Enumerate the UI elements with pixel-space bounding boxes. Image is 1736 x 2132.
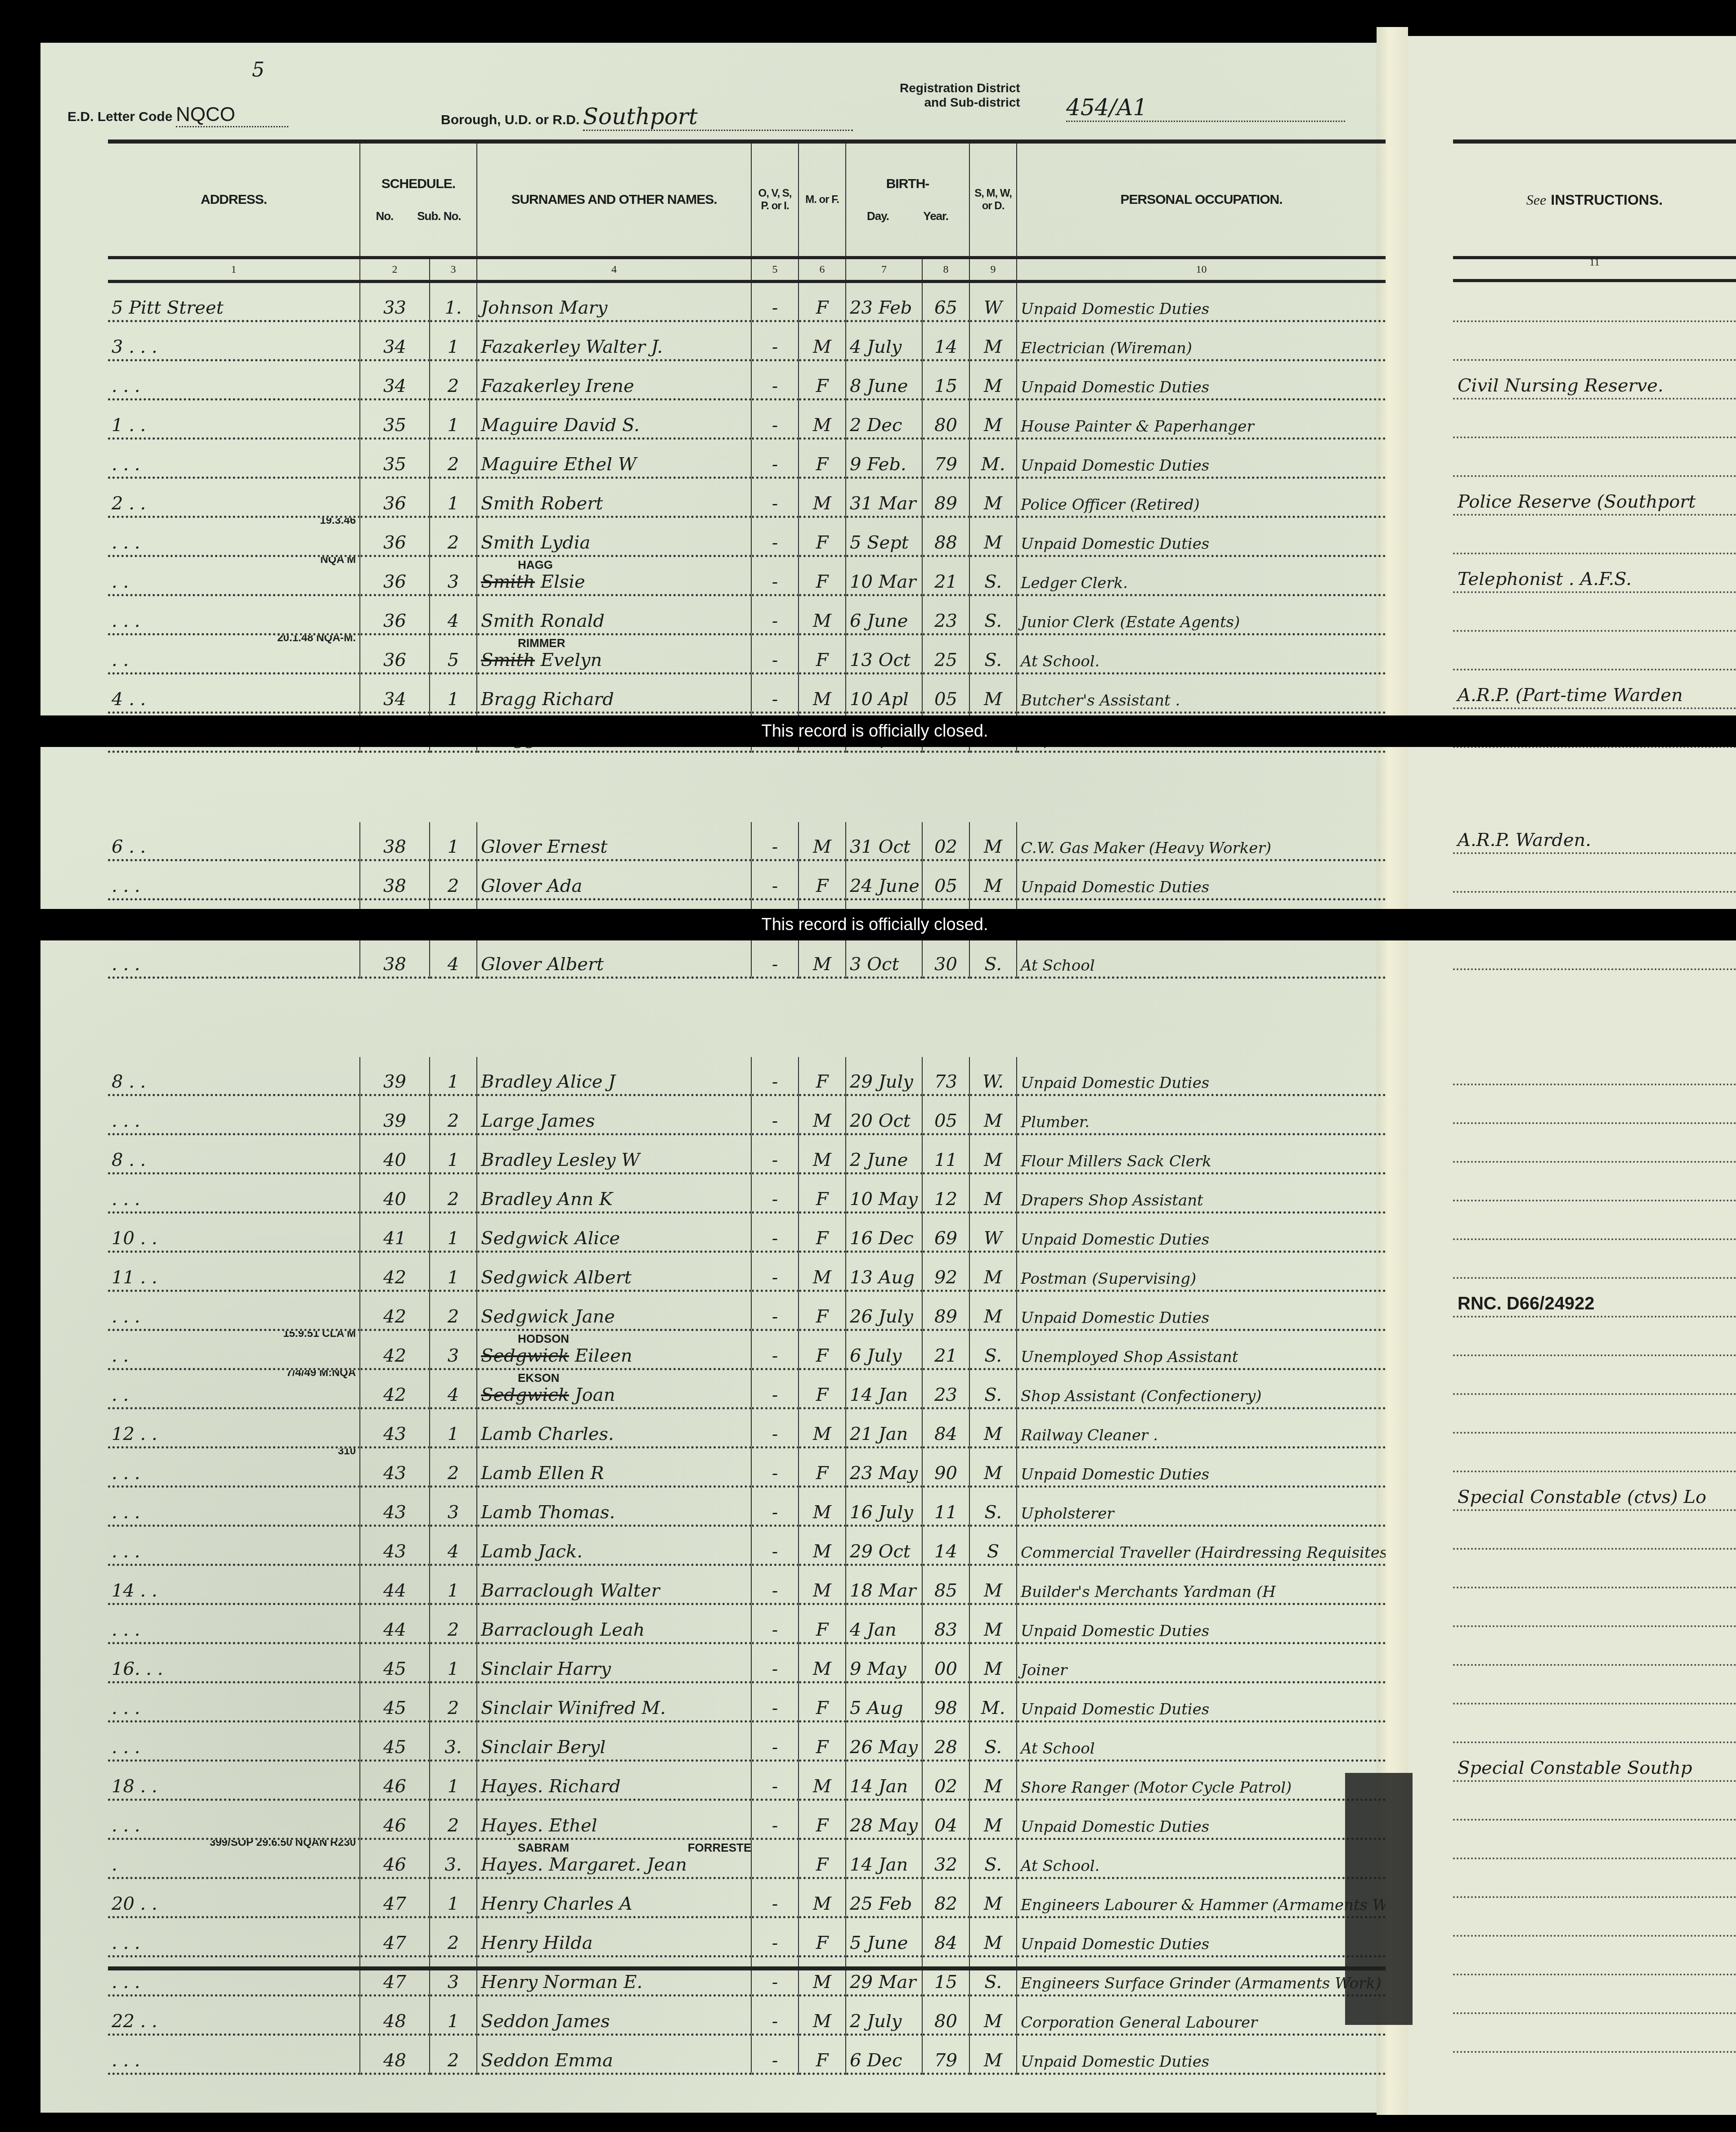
schedule-sub-text: 1: [448, 1894, 459, 1914]
address-annotation: 19.3.46: [320, 517, 356, 526]
cell-birth-day: 13 Oct: [846, 634, 922, 674]
cell-occupation: Shore Ranger (Motor Cycle Patrol): [1017, 1761, 1386, 1800]
ovspi-text: -: [772, 1071, 778, 1092]
ovspi-text: -: [772, 954, 778, 975]
cell-condition: W.: [969, 1057, 1017, 1095]
cell-birth-day: 5 June: [846, 1917, 922, 1957]
cell-ovspi: -: [751, 1682, 798, 1722]
table-row: . . .442Barraclough Leah-F4 Jan83MUnpaid…: [108, 1604, 1386, 1643]
cell-birth-day: 29 Oct: [846, 1526, 922, 1565]
cell-birth-year: 02: [922, 822, 969, 860]
birth-day-text: 6 June: [850, 611, 908, 631]
cell-ovspi: -: [751, 439, 798, 478]
ovspi-text: -: [772, 1150, 778, 1170]
cell-schedule-sub: 3: [430, 556, 477, 595]
col-header-schedule: SCHEDULE. No. Sub. No.: [360, 142, 477, 258]
cell-birth-day: 9 Feb.: [846, 439, 922, 478]
cell-ovspi: -: [751, 1878, 798, 1917]
birth-year-text: 84: [934, 1424, 957, 1444]
birth-day-text: 23 May: [850, 1463, 918, 1484]
schedule-no-text: 39: [383, 1071, 406, 1092]
birth-day-text: 28 May: [850, 1815, 918, 1836]
cell-schedule-no: 47: [360, 1917, 430, 1957]
condition-text: S.: [984, 1345, 1002, 1366]
table-row: 12 . .431Lamb Charles.-M21 Jan84MRailway…: [108, 1408, 1386, 1448]
cell-birth-year: 11: [922, 1487, 969, 1526]
cell-address: . . .: [108, 860, 360, 900]
ovspi-text: -: [772, 837, 778, 857]
occupation-text: Shop Assistant (Confectionery): [1021, 1387, 1261, 1405]
cell-ovspi: -: [751, 634, 798, 674]
surname-amendment: RIMMER: [518, 636, 565, 650]
cell-birth-day: 2 June: [846, 1134, 922, 1174]
table-row: . . .364Smith Ronald-M6 June23S.Junior C…: [108, 595, 1386, 634]
cell-sex: F: [798, 1604, 846, 1643]
instructions-line: [1453, 1434, 1736, 1472]
instructions-line: [1453, 1937, 1736, 1975]
instructions-note: Police Reserve (Southport: [1458, 491, 1696, 512]
instructions-line: [1453, 1124, 1736, 1163]
birth-year-text: 05: [934, 1111, 957, 1131]
schedule-sub-text: 1: [448, 1150, 459, 1170]
cell-schedule-sub: 2: [430, 1800, 477, 1839]
schedule-no-text: 44: [383, 1619, 406, 1640]
instructions-heading: INSTRUCTIONS.: [1551, 192, 1663, 208]
cell-occupation: Unpaid Domestic Duties: [1017, 1448, 1386, 1487]
table-row: 5 Pitt Street331.Johnson Mary-F23 Feb65W…: [108, 282, 1386, 321]
name-text: Bradley Ann K: [481, 1189, 613, 1210]
cell-ovspi: -: [751, 321, 798, 360]
cell-address: . . .: [108, 1487, 360, 1526]
cell-occupation: Drapers Shop Assistant: [1017, 1174, 1386, 1213]
instructions-line: Special Constable Southp: [1453, 1743, 1736, 1782]
cell-birth-year: 88: [922, 517, 969, 556]
cell-name: Lamb Thomas.: [477, 1487, 751, 1526]
sex-text: F: [816, 2050, 829, 2071]
cell-schedule-sub: 1: [430, 1057, 477, 1095]
name-text: Hayes. Ethel: [481, 1815, 597, 1836]
cell-schedule-no: 47: [360, 1878, 430, 1917]
occupation-text: Unpaid Domestic Duties: [1021, 2053, 1209, 2071]
instructions-line: Special Constable (ctvs) Lo: [1453, 1472, 1736, 1511]
forename-text: Joan: [569, 1385, 615, 1405]
cell-birth-day: 14 Jan: [846, 1761, 922, 1800]
cell-ovspi: -: [751, 1369, 798, 1408]
cell-ovspi: -: [751, 1252, 798, 1291]
col-number-11: 11: [1453, 256, 1736, 282]
condition-text: W.: [982, 1071, 1004, 1092]
schedule-sub-text: 1: [448, 1776, 459, 1797]
cell-birth-year: 05: [922, 1095, 969, 1134]
address-text: 4 . .: [112, 689, 146, 710]
cell-address: . . .: [108, 1957, 360, 1996]
schedule-no-text: 39: [383, 1111, 406, 1131]
ovspi-text: -: [772, 2050, 778, 2071]
col-header-sex: M. or F.: [798, 142, 846, 258]
cell-birth-day: 18 Mar: [846, 1565, 922, 1604]
address-text: . . .: [112, 1737, 140, 1758]
name-text: Bradley Alice J: [481, 1071, 615, 1092]
name-text: Sedgwick Jane: [481, 1306, 615, 1327]
cell-birth-year: 12: [922, 1174, 969, 1213]
cell-name: Large James: [477, 1095, 751, 1134]
cell-occupation: Engineers Surface Grinder (Armaments Wor…: [1017, 1957, 1386, 1996]
ed-letter-code-value: NQCO: [176, 103, 288, 127]
condition-text: W: [984, 297, 1002, 318]
sex-text: F: [816, 1698, 829, 1718]
condition-text: S.: [984, 1385, 1002, 1405]
cell-birth-day: 4 July: [846, 321, 922, 360]
cell-schedule-sub: 2: [430, 360, 477, 400]
table-row: . . .382Glover Ada-F24 June05MUnpaid Dom…: [108, 860, 1386, 900]
cell-schedule-sub: 2: [430, 860, 477, 900]
birth-day-text: 2 July: [850, 2011, 902, 2032]
address-text: . . .: [112, 532, 140, 553]
cell-birth-day: 31 Mar: [846, 478, 922, 517]
cell-ovspi: -: [751, 556, 798, 595]
cell-birth-year: 23: [922, 595, 969, 634]
ovspi-text: -: [772, 1189, 778, 1210]
birth-day-text: 16 Dec: [850, 1228, 914, 1249]
cell-occupation: Unemployed Shop Assistant: [1017, 1330, 1386, 1369]
condition-text: S.: [984, 1737, 1002, 1758]
name-text: Sedgwick Albert: [481, 1267, 632, 1288]
table-row: . . .422Sedgwick Jane-F26 July89MUnpaid …: [108, 1291, 1386, 1330]
col-number-1: 1: [108, 258, 360, 282]
ovspi-text: -: [772, 1659, 778, 1679]
schedule-no-text: 36: [383, 532, 406, 553]
cell-ovspi: -: [751, 1330, 798, 1369]
instructions-line: [1453, 1085, 1736, 1124]
surname-amendment: HODSON: [518, 1332, 569, 1346]
cell-occupation: Unpaid Domestic Duties: [1017, 1057, 1386, 1095]
schedule-sub-text: 2: [448, 532, 459, 553]
ovspi-text: -: [772, 454, 778, 475]
instructions-line: A.R.P. (Part-time Warden: [1453, 670, 1736, 709]
birth-year-text: 32: [934, 1854, 957, 1875]
address-text: 1 . .: [112, 415, 146, 436]
ovspi-text: -: [772, 1424, 778, 1444]
birth-year-text: 11: [934, 1502, 957, 1523]
cell-name: Smith Lydia: [477, 517, 751, 556]
ovspi-text: -: [772, 1619, 778, 1640]
cell-occupation: Junior Clerk (Estate Agents): [1017, 595, 1386, 634]
cell-occupation: Unpaid Domestic Duties: [1017, 1917, 1386, 1957]
table-row: . . .342Fazakerley Irene-F8 June15MUnpai…: [108, 360, 1386, 400]
cell-schedule-no: 36: [360, 478, 430, 517]
schedule-no-text: 46: [383, 1815, 406, 1836]
instructions-line: [1453, 1821, 1736, 1859]
col-number-3: 3: [430, 258, 477, 282]
cell-birth-year: 82: [922, 1878, 969, 1917]
cell-schedule-sub: 2: [430, 1448, 477, 1487]
cell-birth-day: 3 Oct: [846, 939, 922, 978]
cell-schedule-sub: 1: [430, 1213, 477, 1252]
occupation-text: Upholsterer: [1021, 1505, 1114, 1523]
schedule-no-text: 47: [383, 1894, 406, 1914]
cell-name: Hayes. Ethel: [477, 1800, 751, 1839]
schedule-sub-text: 2: [448, 376, 459, 396]
table-row: . . .452Sinclair Winifred M.-F5 Aug98M.U…: [108, 1682, 1386, 1722]
instructions-line: [1453, 322, 1736, 361]
col-number-10: 10: [1017, 258, 1386, 282]
cell-schedule-no: 46: [360, 1761, 430, 1800]
cell-condition: M: [969, 1761, 1017, 1800]
ovspi-text: -: [772, 1306, 778, 1327]
cell-schedule-no: 38: [360, 939, 430, 978]
cell-occupation: Builder's Merchants Yardman (H: [1017, 1565, 1386, 1604]
condition-text: M: [984, 337, 1002, 357]
birth-year-text: 85: [934, 1580, 957, 1601]
instructions-line: Civil Nursing Reserve.: [1453, 361, 1736, 400]
sex-text: M: [813, 689, 831, 710]
address-text: 6 . .: [112, 837, 146, 857]
cell-birth-day: 16 Dec: [846, 1213, 922, 1252]
cell-schedule-sub: 4: [430, 1369, 477, 1408]
cell-ovspi: -: [751, 1408, 798, 1448]
schedule-sub-text: 3.: [444, 1737, 462, 1758]
schedule-no-text: 46: [383, 1854, 406, 1875]
schedule-no-text: 36: [383, 611, 406, 631]
cell-birth-year: 80: [922, 400, 969, 439]
sex-text: F: [816, 454, 829, 475]
cell-schedule-sub: 3.: [430, 1722, 477, 1761]
birth-day-text: 4 July: [850, 337, 902, 357]
name-text: Sedgwick Alice: [481, 1228, 620, 1249]
cell-schedule-no: 45: [360, 1682, 430, 1722]
schedule-no-text: 35: [383, 454, 406, 475]
cell-schedule-sub: 2: [430, 1174, 477, 1213]
cell-name: Sedgwick Jane: [477, 1291, 751, 1330]
occupation-text: Unemployed Shop Assistant: [1021, 1348, 1238, 1366]
cell-name: Smith Ronald: [477, 595, 751, 634]
instructions-line: [1453, 1859, 1736, 1898]
cell-occupation: Plumber.: [1017, 1095, 1386, 1134]
cell-condition: M: [969, 1448, 1017, 1487]
cell-address: 16. . .: [108, 1643, 360, 1682]
instructions-line: [1453, 1318, 1736, 1356]
sex-text: F: [816, 532, 829, 553]
cell-birth-day: 2 July: [846, 1996, 922, 2035]
sex-text: M: [813, 1424, 831, 1444]
col-header-birth-year: Year.: [923, 210, 948, 223]
condition-text: S.: [984, 571, 1002, 592]
cell-birth-year: 84: [922, 1917, 969, 1957]
instructions-line: [1453, 593, 1736, 632]
schedule-no-text: 33: [383, 297, 406, 318]
cell-occupation: Commercial Traveller (Hairdressing Requi…: [1017, 1526, 1386, 1565]
struck-surname: Sedgwick: [481, 1385, 569, 1405]
schedule-no-text: 43: [383, 1541, 406, 1562]
schedule-no-text: 36: [383, 571, 406, 592]
cell-name: Sedgwick Alice: [477, 1213, 751, 1252]
cell-condition: S.: [969, 1957, 1017, 1996]
cell-name: Sinclair Beryl: [477, 1722, 751, 1761]
name-text: Bradley Lesley W: [481, 1150, 640, 1170]
instructions-column: Civil Nursing Reserve.Police Reserve (So…: [1453, 283, 1736, 2053]
ovspi-text: -: [772, 415, 778, 436]
cell-occupation: Engineers Labourer & Hammer (Armaments W…: [1017, 1878, 1386, 1917]
cell-schedule-no: 36: [360, 595, 430, 634]
cell-sex: F: [798, 1369, 846, 1408]
col-number-7: 7: [846, 258, 922, 282]
schedule-sub-text: 2: [448, 1463, 459, 1484]
sex-text: F: [816, 1854, 829, 1875]
cell-name: Glover Ernest: [477, 822, 751, 860]
instructions-line: [1453, 1666, 1736, 1705]
cell-address: . . .: [108, 439, 360, 478]
cell-schedule-no: 34: [360, 321, 430, 360]
name-text: Maguire David S.: [481, 415, 640, 436]
forename-text: Eileen: [569, 1345, 632, 1366]
instructions-line: [1453, 1588, 1736, 1627]
address-text: . . .: [112, 1698, 140, 1718]
address-text: 8 . .: [112, 1150, 146, 1170]
cell-address: 6 . .: [108, 822, 360, 860]
address-text: . . .: [112, 1541, 140, 1562]
col-header-names: SURNAMES AND OTHER NAMES.: [477, 142, 751, 258]
cell-schedule-sub: 2: [430, 1604, 477, 1643]
name-text: Lamb Ellen R: [481, 1463, 604, 1484]
birth-year-text: 92: [934, 1267, 957, 1288]
cell-occupation: Unpaid Domestic Duties: [1017, 2035, 1386, 2074]
ovspi-text: -: [772, 1972, 778, 1993]
cell-name: Hayes. Richard: [477, 1761, 751, 1800]
cell-ovspi: -: [751, 674, 798, 713]
sex-text: M: [813, 1972, 831, 1993]
sex-text: F: [816, 376, 829, 396]
cell-address: 18 . .: [108, 1761, 360, 1800]
cell-condition: M: [969, 1917, 1017, 1957]
cell-occupation: At School.: [1017, 1839, 1386, 1878]
schedule-sub-text: 4: [448, 611, 459, 631]
birth-day-text: 5 Sept: [850, 532, 909, 553]
sex-text: F: [816, 1463, 829, 1484]
cell-condition: M: [969, 321, 1017, 360]
instructions-line: [1453, 1782, 1736, 1821]
schedule-sub-text: 1: [448, 1424, 459, 1444]
schedule-no-text: 42: [383, 1267, 406, 1288]
cell-condition: M: [969, 400, 1017, 439]
sex-text: M: [813, 1111, 831, 1131]
cell-condition: M: [969, 1095, 1017, 1134]
cell-sex: F: [798, 1213, 846, 1252]
sex-text: F: [816, 1385, 829, 1405]
address-text: 3 . . .: [112, 337, 157, 357]
schedule-no-text: 38: [383, 876, 406, 896]
cell-birth-day: 26 May: [846, 1722, 922, 1761]
table-row: . .15.9.51 CLA M423Sedgwick EileenHODSON…: [108, 1330, 1386, 1369]
cell-schedule-no: 34: [360, 360, 430, 400]
cell-schedule-sub: 2: [430, 1917, 477, 1957]
cell-schedule-sub: 1: [430, 1252, 477, 1291]
occupation-text: Unpaid Domestic Duties: [1021, 378, 1209, 396]
cell-schedule-no: 36: [360, 517, 430, 556]
cell-address: . . .: [108, 1604, 360, 1643]
schedule-sub-text: 3.: [444, 1854, 462, 1875]
cell-occupation: C.W. Gas Maker (Heavy Worker): [1017, 822, 1386, 860]
schedule-no-text: 48: [383, 2011, 406, 2032]
occupation-text: Builder's Merchants Yardman (H: [1021, 1583, 1276, 1601]
cell-schedule-sub: 2: [430, 517, 477, 556]
occupation-text: At School: [1021, 957, 1095, 975]
birth-year-text: 15: [934, 376, 957, 396]
birth-year-text: 23: [934, 1385, 957, 1405]
cell-schedule-no: 42: [360, 1252, 430, 1291]
name-text: Fazakerley Irene: [481, 376, 634, 396]
occupation-text: Unpaid Domestic Duties: [1021, 457, 1209, 475]
cell-ovspi: -: [751, 1134, 798, 1174]
cell-name: Glover Albert: [477, 939, 751, 978]
occupation-text: Unpaid Domestic Duties: [1021, 1700, 1209, 1718]
cell-condition: S.: [969, 1722, 1017, 1761]
cell-ovspi: -: [751, 1917, 798, 1957]
cell-schedule-sub: 2: [430, 1095, 477, 1134]
address-annotation: 310: [338, 1448, 356, 1457]
cell-ovspi: -: [751, 282, 798, 321]
closed-gap: [1453, 748, 1736, 815]
cell-address: 5 Pitt Street: [108, 282, 360, 321]
cell-schedule-no: 44: [360, 1565, 430, 1604]
birth-day-text: 25 Feb: [850, 1894, 912, 1914]
cell-birth-year: 83: [922, 1604, 969, 1643]
condition-text: M: [984, 1424, 1002, 1444]
closed-gap: [1453, 970, 1736, 1047]
occupation-text: At School: [1021, 1740, 1095, 1758]
cell-birth-day: 25 Feb: [846, 1878, 922, 1917]
closed-record-banner: This record is officially closed.: [13, 909, 1736, 940]
instructions-note: RNC. D66/24922: [1458, 1294, 1595, 1314]
occupation-text: House Painter & Paperhanger: [1021, 418, 1254, 436]
cell-sex: F: [798, 1174, 846, 1213]
birth-day-text: 9 May: [850, 1659, 906, 1679]
cell-birth-day: 23 Feb: [846, 282, 922, 321]
instructions-prefix: See: [1526, 192, 1546, 208]
cell-birth-day: 6 July: [846, 1330, 922, 1369]
schedule-sub-text: 2: [448, 2050, 459, 2071]
instructions-line: [1453, 1975, 1736, 2014]
cell-birth-year: 15: [922, 1957, 969, 1996]
cell-address: . .15.9.51 CLA M: [108, 1330, 360, 1369]
cell-condition: M: [969, 1565, 1017, 1604]
table-row: 8 . .391Bradley Alice J-F29 July73W.Unpa…: [108, 1057, 1386, 1095]
name-text: Smith Robert: [481, 493, 603, 514]
table-row: . . .453.Sinclair Beryl-F26 May28S.At Sc…: [108, 1722, 1386, 1761]
birth-year-text: 80: [934, 415, 957, 436]
name-text: Henry Hilda: [481, 1933, 593, 1953]
cell-ovspi: -: [751, 1291, 798, 1330]
cell-address: . . .: [108, 1291, 360, 1330]
cell-address: . . .: [108, 1800, 360, 1839]
cell-address: . . .: [108, 1095, 360, 1134]
condition-text: M: [984, 1815, 1002, 1836]
cell-address: . .7/4/49 M:NQA: [108, 1369, 360, 1408]
table-row: .399/SOP 29.6.50 NQAN R230463.Hayes. Mar…: [108, 1839, 1386, 1878]
birth-day-text: 29 Mar: [850, 1972, 916, 1993]
birth-year-text: 69: [934, 1228, 957, 1249]
cell-sex: M: [798, 1134, 846, 1174]
birth-day-text: 3 Oct: [850, 954, 899, 975]
cell-birth-year: 04: [922, 1800, 969, 1839]
cell-schedule-no: 36: [360, 556, 430, 595]
cell-sex: F: [798, 634, 846, 674]
cell-schedule-no: 33: [360, 282, 430, 321]
address-text: 2 . .: [112, 493, 146, 514]
cell-address: . . .: [108, 595, 360, 634]
condition-text: M.: [981, 1698, 1005, 1718]
condition-text: M: [984, 876, 1002, 896]
closed-gap-row: [108, 978, 1386, 1057]
